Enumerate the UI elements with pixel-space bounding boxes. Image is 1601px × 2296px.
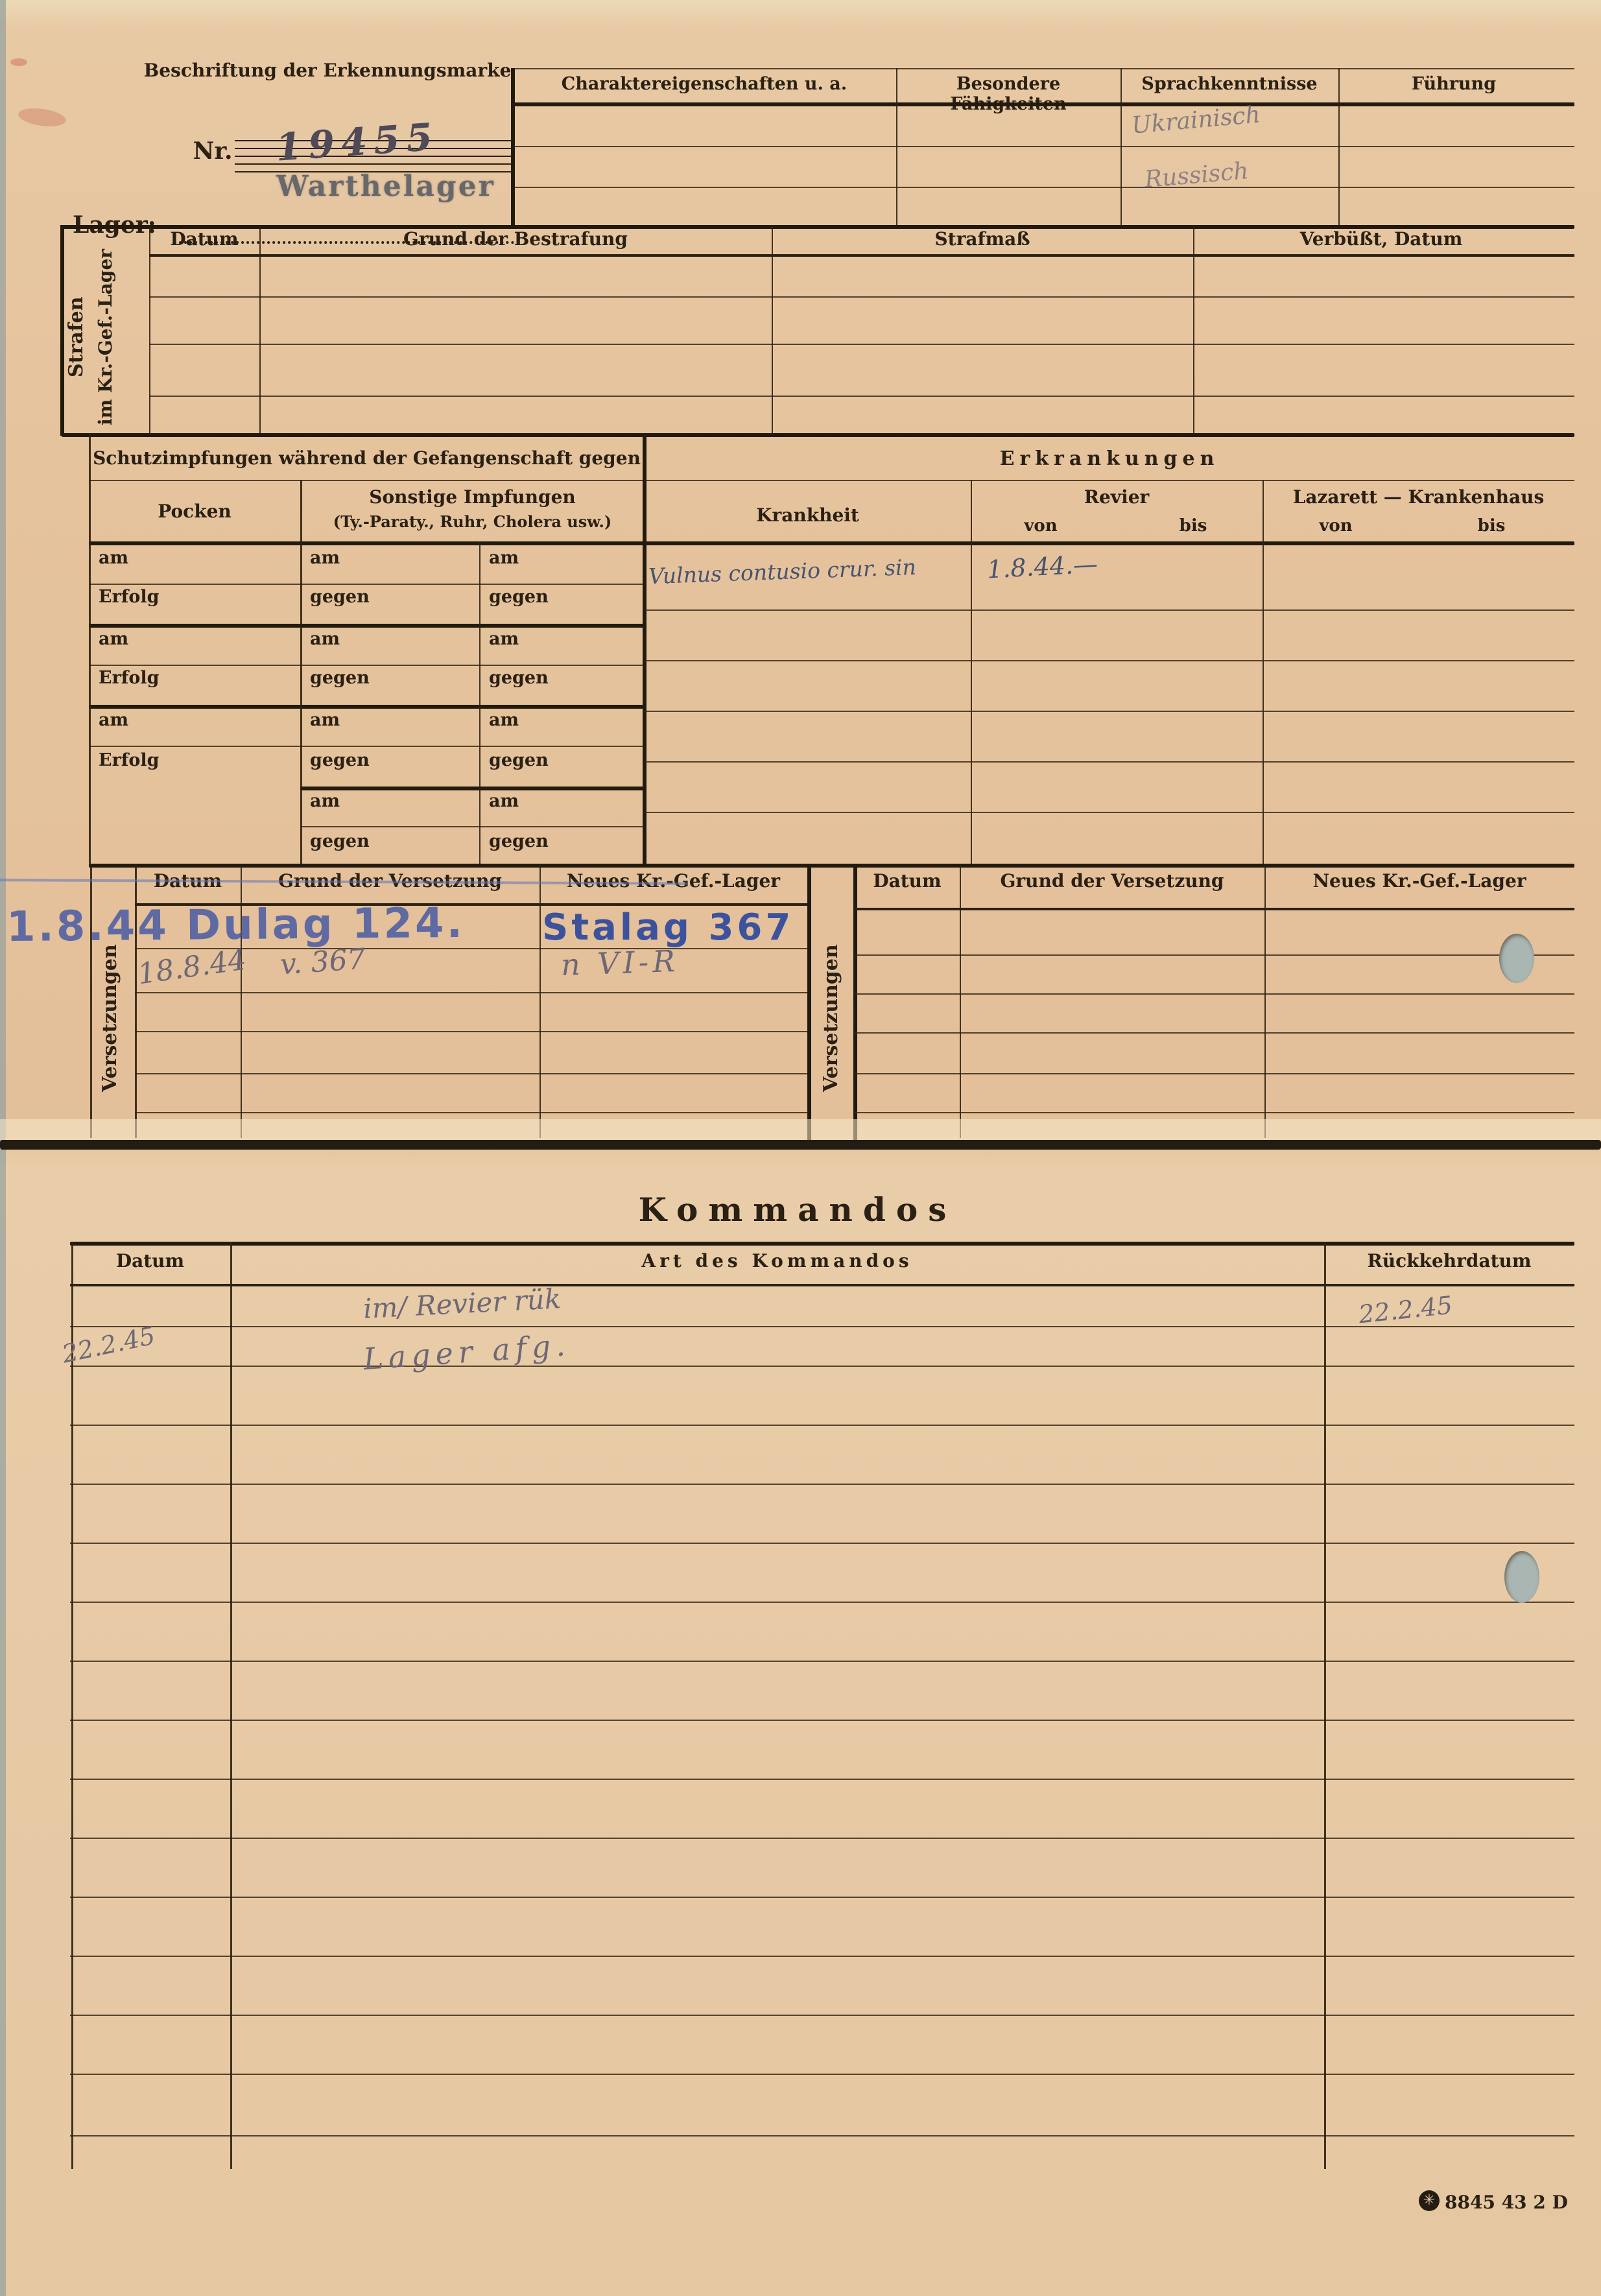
sonstige2-gegen-2: gegen (489, 668, 549, 688)
strafen-col-verbuesst: Verbüßt, Datum (1193, 228, 1569, 250)
strafen-side-label-1: Strafen (65, 259, 88, 415)
sonstige2-am-3: am (489, 710, 519, 730)
divider-line (512, 146, 1574, 147)
divider-line (62, 433, 1574, 437)
divider-line (70, 1956, 1574, 1957)
hole-punch (1504, 1551, 1539, 1603)
strafen-col-datum: Datum (149, 228, 259, 250)
divider-line (135, 1112, 807, 1113)
divider-line (70, 1779, 1574, 1780)
divider-line (855, 1073, 1574, 1074)
divider-line (300, 480, 302, 864)
divider-line (70, 1543, 1574, 1544)
sonstige1-am-2: am (310, 629, 340, 649)
versetzung-row2-datum: 18.8.44 (136, 943, 248, 991)
divider-line (645, 610, 1574, 611)
divider-line (230, 1242, 232, 2169)
divider-line (149, 254, 1574, 257)
divider-line (1263, 480, 1264, 864)
pow-record-card: Beschriftung der Erkennungsmarke Nr. 194… (0, 0, 1601, 2296)
divider-line (645, 761, 1574, 763)
kommandos-title: Kommandos (571, 1190, 1025, 1229)
kommando-row1-datum: 22.2.45 (60, 1321, 158, 1368)
versetzung-row2-neues: n VI-R (560, 943, 680, 982)
divider-line (855, 908, 1574, 910)
divider-line (89, 480, 1574, 481)
divider-line (89, 624, 645, 628)
divider-line (70, 2074, 1574, 2075)
fold-rule (0, 1140, 1601, 1150)
divider-line (70, 1661, 1574, 1662)
divider-line (259, 225, 261, 436)
divider-line (896, 68, 897, 225)
strafen-col-strafmass: Strafmaß (772, 228, 1193, 250)
versetzungen-rechts-side-label: Versetzungen (820, 908, 842, 1128)
versetzung-row1-neues-stamp: Stalag 367 (542, 906, 794, 949)
divider-line (1193, 225, 1194, 436)
divider-line (512, 68, 1574, 69)
pocken-erfolg-1: Erfolg (99, 587, 160, 607)
printer-mark-icon: ✳ (1419, 2190, 1440, 2211)
divider-line (70, 1838, 1574, 1839)
divider-line (855, 954, 1574, 956)
versetzung-row2-grund: v. 367 (279, 942, 366, 981)
divider-line (300, 826, 645, 827)
divider-line (645, 660, 1574, 661)
divider-line (855, 1112, 1574, 1113)
divider-line (70, 2015, 1574, 2016)
divider-line (70, 1284, 1574, 1286)
lager-stamp: Warthelager (246, 170, 525, 203)
nr-label: Nr. (187, 137, 239, 165)
divider-line (772, 225, 773, 436)
col-sprachkenntnisse: Sprachkenntnisse (1121, 74, 1338, 94)
divider-line (70, 1484, 1574, 1485)
sonstige1-gegen-3: gegen (310, 750, 370, 770)
divider-line (70, 1897, 1574, 1898)
col-lazarett: Lazarett — Krankenhaus (1263, 486, 1574, 508)
sonstige1-am-1: am (310, 548, 340, 568)
sonstige2-gegen-1: gegen (489, 587, 549, 607)
erkrankungen-title: Erkrankungen (645, 447, 1574, 470)
divider-line (70, 1366, 1574, 1367)
col-revier: Revier (971, 486, 1263, 508)
print-code: 8845 43 2 D (1445, 2192, 1587, 2213)
divider-line (135, 1031, 807, 1032)
divider-line (971, 480, 972, 864)
col-charaktereigenschaften: Charaktereigenschaften u. a. (512, 74, 896, 94)
divider-line (60, 225, 64, 436)
sonstige1-gegen-2: gegen (310, 668, 370, 688)
divider-line (1338, 68, 1340, 225)
pocken-am-1: am (99, 548, 128, 568)
vr-col-datum: Datum (855, 870, 960, 892)
sonstige2-am-2: am (489, 629, 519, 649)
divider-line (135, 1073, 807, 1074)
pocken-erfolg-3: Erfolg (99, 750, 160, 770)
divider-line (135, 992, 807, 993)
erkennungsmarke-heading: Beschriftung der Erkennungsmarke (133, 60, 522, 81)
vl-col-neues: Neues Kr.-Gef.-Lager (540, 870, 807, 892)
vr-col-neues: Neues Kr.-Gef.-Lager (1264, 870, 1574, 892)
revier-bis: bis (1154, 516, 1232, 536)
divider-line (70, 1326, 1574, 1327)
divider-line (300, 787, 645, 790)
divider-line (853, 864, 857, 1141)
versetzung-row1-stamp: 1.8.44 Dulag 124. (6, 899, 465, 951)
divider-line (960, 864, 961, 1138)
impfungen-col-sonstige-sub: (Ty.-Paraty., Ruhr, Cholera usw.) (300, 512, 645, 531)
divider-line (855, 1032, 1574, 1034)
divider-line (807, 864, 811, 1141)
revier-von: von (1002, 516, 1080, 536)
divider-line (1324, 1242, 1326, 2169)
kommando-row1-art-line1: im/ Revier rük (362, 1283, 562, 1325)
pocken-am-2: am (99, 629, 128, 649)
impfungen-title: Schutzimpfungen während der Gefangenscha… (89, 447, 645, 469)
divider-line (512, 187, 1574, 188)
col-krankheit: Krankheit (645, 504, 971, 526)
divider-line (89, 746, 645, 747)
divider-line (89, 705, 645, 709)
divider-line (643, 433, 646, 864)
divider-line (645, 812, 1574, 813)
divider-line (89, 584, 645, 585)
strafen-side-label-2: im Kr.-Gef.-Lager (95, 243, 116, 431)
divider-line (1264, 864, 1266, 1138)
sonstige1-am-3: am (310, 710, 340, 730)
divider-line (511, 68, 515, 225)
impfungen-col-pocken: Pocken (89, 501, 300, 522)
divider-line (89, 433, 91, 864)
divider-line (70, 1425, 1574, 1426)
hole-punch (1499, 934, 1534, 983)
divider-line (70, 2135, 1574, 2136)
divider-line (70, 1602, 1574, 1603)
kommando-row1-art-line2: Lager afg. (362, 1327, 572, 1377)
divider-line (70, 1242, 1574, 1246)
kommandos-col-datum: Datum (70, 1250, 230, 1272)
sonstige2-am-1: am (489, 548, 519, 568)
krankheit-entry: Vulnus contusio crur. sin (648, 554, 916, 589)
divider-line (540, 864, 541, 1138)
divider-line (149, 396, 1574, 397)
divider-line (512, 102, 1574, 106)
divider-line (70, 1720, 1574, 1721)
lazarett-bis: bis (1453, 516, 1530, 536)
divider-line (645, 711, 1574, 712)
sonstige1-gegen-4: gegen (310, 831, 370, 851)
strafen-col-grund: Grund der Bestrafung (259, 228, 772, 250)
kommandos-col-art: Art des Kommandos (230, 1250, 1324, 1272)
fold-highlight (0, 1119, 1601, 1140)
revier-von-entry: 1.8.44.— (986, 550, 1098, 584)
divider-line (71, 1242, 73, 2169)
sonstige2-gegen-4: gegen (489, 831, 549, 851)
impfungen-col-sonstige: Sonstige Impfungen (300, 486, 645, 508)
red-mark (10, 58, 27, 66)
kommando-row1-rueckkehr: 22.2.45 (1357, 1291, 1454, 1329)
vr-col-grund: Grund der Versetzung (960, 870, 1264, 892)
divider-line (89, 541, 1574, 545)
kommandos-col-rueckkehr: Rückkehrdatum (1324, 1250, 1574, 1272)
sprachkenntnisse-entry-1: Ukrainisch (1131, 101, 1262, 139)
lazarett-von: von (1297, 516, 1375, 536)
sonstige1-am-4: am (310, 791, 340, 811)
col-besondere-faehigkeiten: Besondere Fähigkeiten (896, 74, 1121, 114)
divider-line (855, 993, 1574, 995)
sonstige2-am-4: am (489, 791, 519, 811)
divider-line (1121, 68, 1122, 225)
divider-line (149, 225, 150, 436)
col-fuehrung: Führung (1338, 74, 1569, 94)
divider-line (149, 296, 1574, 298)
pocken-am-3: am (99, 710, 128, 730)
divider-line (149, 344, 1574, 345)
divider-line (89, 665, 645, 666)
sonstige2-gegen-3: gegen (489, 750, 549, 770)
sonstige1-gegen-1: gegen (310, 587, 370, 607)
red-smudge (18, 106, 67, 129)
divider-line (479, 541, 480, 864)
divider-line (89, 864, 1574, 868)
pocken-erfolg-2: Erfolg (99, 668, 160, 688)
